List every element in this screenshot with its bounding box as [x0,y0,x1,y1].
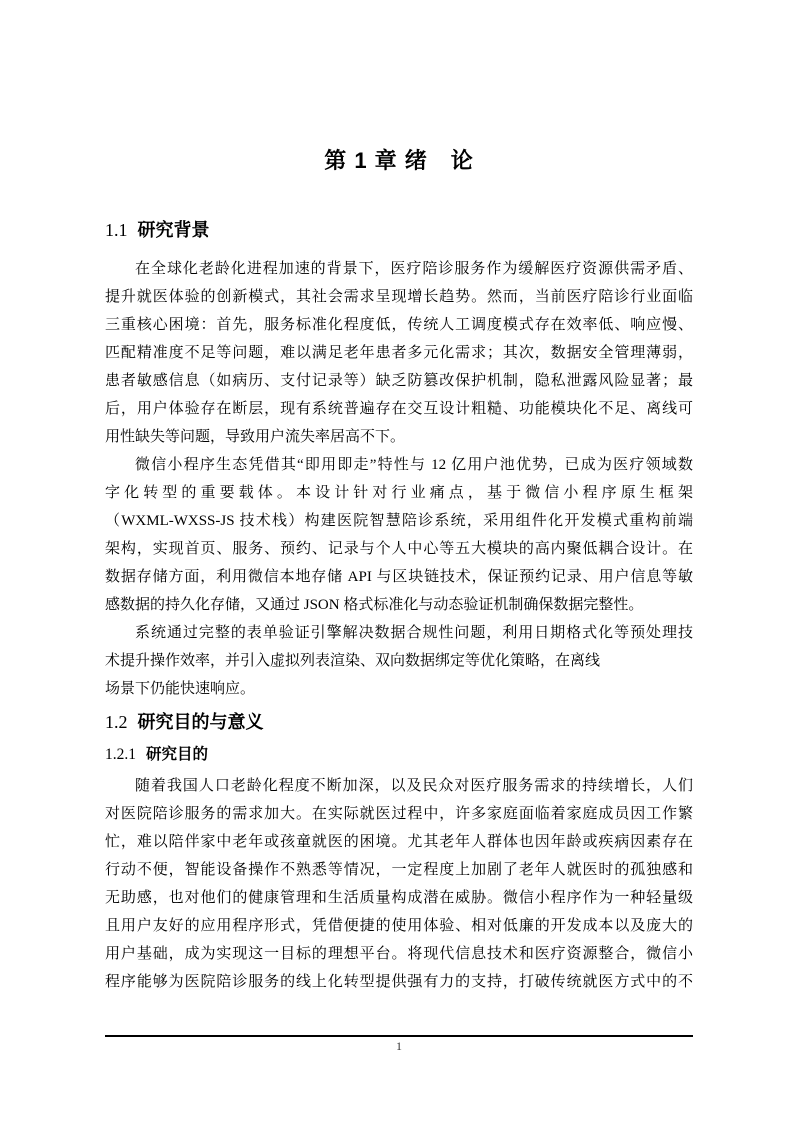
paragraph-system-validation: 系统通过完整的表单验证引擎解决数据合规性问题，利用日期格式化等预处理技 术提升操… [105,619,693,703]
paragraph-line: 术提升操作效率，并引入虚拟列表渲染、双向数据绑定等优化策略，在离线 [105,647,693,675]
document-page: 第 1 章 绪 论 1.1研究背景 在全球化老龄化进程加速的背景下，医疗陪诊服务… [0,0,793,1122]
paragraph-line: 对医院陪诊服务的需求加大。在实际就医过程中，许多家庭面临着家庭成员因工作繁 [105,800,693,828]
paragraph-research-purpose: 随着我国人口老龄化程度不断加深，以及民众对医疗服务需求的持续增长，人们 对医院陪… [105,772,693,996]
paragraph-miniprogram-design: 微信小程序生态凭借其“即用即走”特性与 12 亿用户池优势，已成为医疗领域数 字… [105,451,693,619]
section-label: 研究背景 [138,220,210,240]
paragraph-line: 微信小程序生态凭借其“即用即走”特性与 12 亿用户池优势，已成为医疗领域数 [105,451,693,479]
paragraph-line: 在全球化老龄化进程加速的背景下，医疗陪诊服务作为缓解医疗资源供需矛盾、 [105,255,693,283]
section-heading-1-2-1: 1.2.1研究目的 [105,744,693,766]
section-number: 1.1 [105,220,128,240]
section-label: 研究目的 [146,746,208,763]
paragraph-line: 场景下仍能快速响应。 [105,675,693,703]
section-label: 研究目的与意义 [138,712,264,732]
paragraph-line: 无助感，也对他们的健康管理和生活质量构成潜在威胁。微信小程序作为一种轻量级 [105,884,693,912]
paragraph-line: 数据存储方面，利用微信本地存储 API 与区块链技术，保证预约记录、用户信息等敏 [105,563,693,591]
section-number: 1.2.1 [105,746,136,763]
section-number: 1.2 [105,712,128,732]
page-number: 1 [105,1039,693,1053]
paragraph-line: 用性缺失等问题，导致用户流失率居高不下。 [105,423,693,451]
paragraph-line: 系统通过完整的表单验证引擎解决数据合规性问题，利用日期格式化等预处理技 [105,619,693,647]
paragraph-line: 三重核心困境：首先，服务标准化程度低，传统人工调度模式存在效率低、响应慢、 [105,311,693,339]
paragraph-line: 忙，难以陪伴家中老年或孩童就医的困境。尤其老年人群体也因年龄或疾病因素存在 [105,828,693,856]
footer-divider [105,1035,693,1037]
paragraph-line: 且用户友好的应用程序形式，凭借便捷的使用体验、相对低廉的开发成本以及庞大的 [105,912,693,940]
paragraph-line: 用户基础，成为实现这一目标的理想平台。将现代信息技术和医疗资源整合，微信小 [105,940,693,968]
paragraph-research-background: 在全球化老龄化进程加速的背景下，医疗陪诊服务作为缓解医疗资源供需矛盾、 提升就医… [105,255,693,451]
paragraph-line: 随着我国人口老龄化程度不断加深，以及民众对医疗服务需求的持续增长，人们 [105,772,693,800]
paragraph-line: 后，用户体验存在断层，现有系统普遍存在交互设计粗糙、功能模块化不足、离线可 [105,395,693,423]
paragraph-line: 字化转型的重要载体。本设计针对行业痛点，基于微信小程序原生框架 [105,479,693,507]
paragraph-line: （WXML-WXSS-JS 技术栈）构建医院智慧陪诊系统，采用组件化开发模式重构… [105,507,693,535]
paragraph-line: 患者敏感信息（如病历、支付记录等）缺乏防篡改保护机制，隐私泄露风险显著；最 [105,367,693,395]
paragraph-line: 感数据的持久化存储，又通过 JSON 格式标准化与动态验证机制确保数据完整性。 [105,591,693,619]
paragraph-line: 架构，实现首页、服务、预约、记录与个人中心等五大模块的高内聚低耦合设计。在 [105,535,693,563]
chapter-title: 第 1 章 绪 论 [105,145,693,177]
paragraph-line: 行动不便，智能设备操作不熟悉等情况，一定程度上加剧了老年人就医时的孤独感和 [105,856,693,884]
paragraph-line: 程序能够为医院陪诊服务的线上化转型提供强有力的支持，打破传统就医方式中的不 [105,968,693,996]
paragraph-line: 匹配精准度不足等问题，难以满足老年患者多元化需求；其次，数据安全管理薄弱， [105,339,693,367]
section-heading-1-1: 1.1研究背景 [105,217,693,243]
paragraph-line: 提升就医体验的创新模式，其社会需求呈现增长趋势。然而，当前医疗陪诊行业面临 [105,283,693,311]
section-heading-1-2: 1.2研究目的与意义 [105,709,693,735]
